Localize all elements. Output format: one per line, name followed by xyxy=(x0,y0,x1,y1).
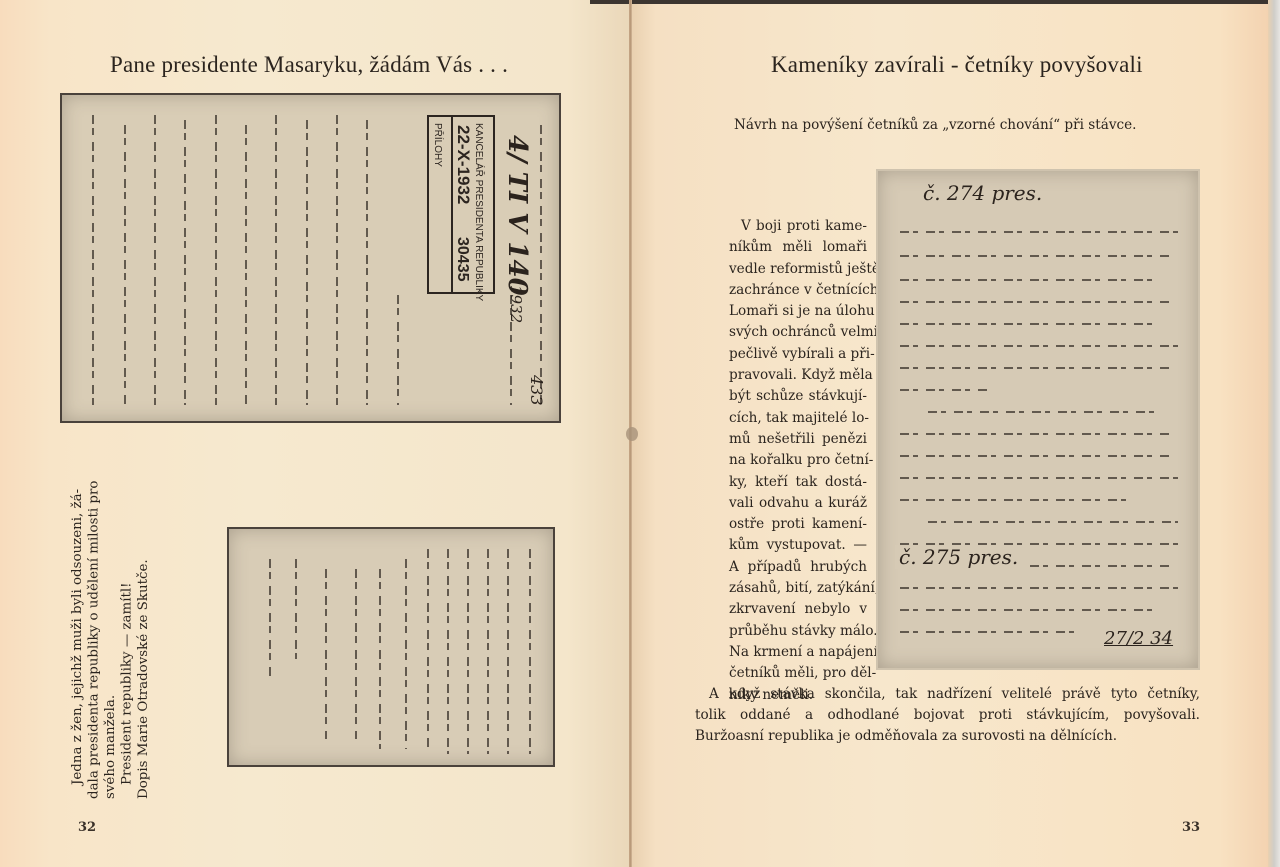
text-line: pečlivě vybírali a při- xyxy=(729,344,867,365)
letter-reference-mark: 4/ TI V 140 xyxy=(502,135,532,296)
text-line: zásahů, bití, zatýkání, xyxy=(729,578,867,599)
text-line: pravovali. Když měla xyxy=(729,365,867,386)
text-line: cích, tak majitelé lo- xyxy=(729,408,867,429)
text-line: být schůze stávkují- xyxy=(729,386,867,407)
caption-line: dala presidenta republiky o udělení milo… xyxy=(87,455,104,799)
chancellery-stamp: PŘÍLOHY KANCELÁŘ PRESIDENTA REPUBLIKY 22… xyxy=(427,115,495,294)
left-page-caption: Jedna z žen, jejichž muži byli odsouzeni… xyxy=(70,455,153,799)
text-line: Buržoasní republika je odměňovala za sur… xyxy=(695,726,1200,747)
letter-photo-1: 4/ TI V 140 1932 433 PŘÍLOHY KANCELÁŘ PR… xyxy=(60,93,561,423)
promotion-proposal-photo: č. 274 pres. xyxy=(876,169,1200,670)
text-line: vedle reformistů ještě xyxy=(729,259,867,280)
stamp-office-label: KANCELÁŘ PRESIDENTA REPUBLIKY xyxy=(473,123,484,301)
caption-line: Jedna z žen, jejichž muži byli odsouzeni… xyxy=(70,455,87,799)
text-line: ostře proti kamení- xyxy=(729,514,867,535)
text-line: na kořalku pro četní- xyxy=(729,450,867,471)
text-line: Lomaři si je na úlohu xyxy=(729,301,867,322)
letter-photo-2 xyxy=(227,527,555,767)
caption-line: President republiky — zamítl! xyxy=(120,455,137,799)
page-edge xyxy=(1268,0,1280,867)
text-line: zachránce v četnících. xyxy=(729,280,867,301)
page-number-right: 33 xyxy=(1182,820,1200,835)
text-line: kům vystupovat. — xyxy=(729,535,867,556)
page-number-left: 32 xyxy=(78,820,96,835)
binding-mark xyxy=(626,427,638,441)
text-line: vali odvahu a kuráž xyxy=(729,493,867,514)
sidebar-paragraph: V boji proti kame- níkům měli lomaři ved… xyxy=(729,216,867,706)
right-page-title: Kameníky zavírali - četníky povyšovali xyxy=(771,52,1143,78)
text-line: zkrvavení nebylo v xyxy=(729,599,867,620)
text-line: V boji proti kame- xyxy=(729,216,867,237)
text-line: A případů hrubých xyxy=(729,557,867,578)
document-number-bottom: č. 275 pres. xyxy=(895,545,1022,569)
left-page-title: Pane presidente Masaryku, žádám Vás . . … xyxy=(110,52,508,78)
scan-top-shadow xyxy=(590,0,1280,4)
closing-paragraph: A když stávka skončila, tak nadřízení ve… xyxy=(695,684,1200,747)
caption-line: Dopis Marie Otradovské ze Skutče. xyxy=(136,455,153,799)
text-line: tolik oddané a odhodlané bojovat proti s… xyxy=(695,705,1200,726)
handwriting xyxy=(229,529,553,765)
text-line: svých ochránců velmi xyxy=(729,322,867,343)
right-page-subtitle: Návrh na povýšení četníků za „vzorné cho… xyxy=(734,117,1136,133)
text-line: průběhu stávky málo. xyxy=(729,621,867,642)
stamp-attachments-label: PŘÍLOHY xyxy=(432,123,443,167)
signature-date: 27/2 34 xyxy=(1100,628,1177,649)
text-line: ky, kteří tak dostá- xyxy=(729,472,867,493)
letter-number-mark: 433 xyxy=(527,375,546,406)
caption-line: svého manžela. xyxy=(103,455,120,799)
text-line: níkům měli lomaři xyxy=(729,237,867,258)
letter-year-mark: 1932 xyxy=(507,285,525,323)
stamp-date: 22-X-1932 xyxy=(453,125,473,204)
text-line: četníků měli, pro děl- xyxy=(729,663,867,684)
text-line: A když stávka skončila, tak nadřízení ve… xyxy=(695,684,1200,705)
stamp-number: 30435 xyxy=(453,237,471,282)
handwriting xyxy=(878,171,1198,668)
text-line: Na krmení a napájení xyxy=(729,642,867,663)
text-line: mů nešetřili penězi xyxy=(729,429,867,450)
